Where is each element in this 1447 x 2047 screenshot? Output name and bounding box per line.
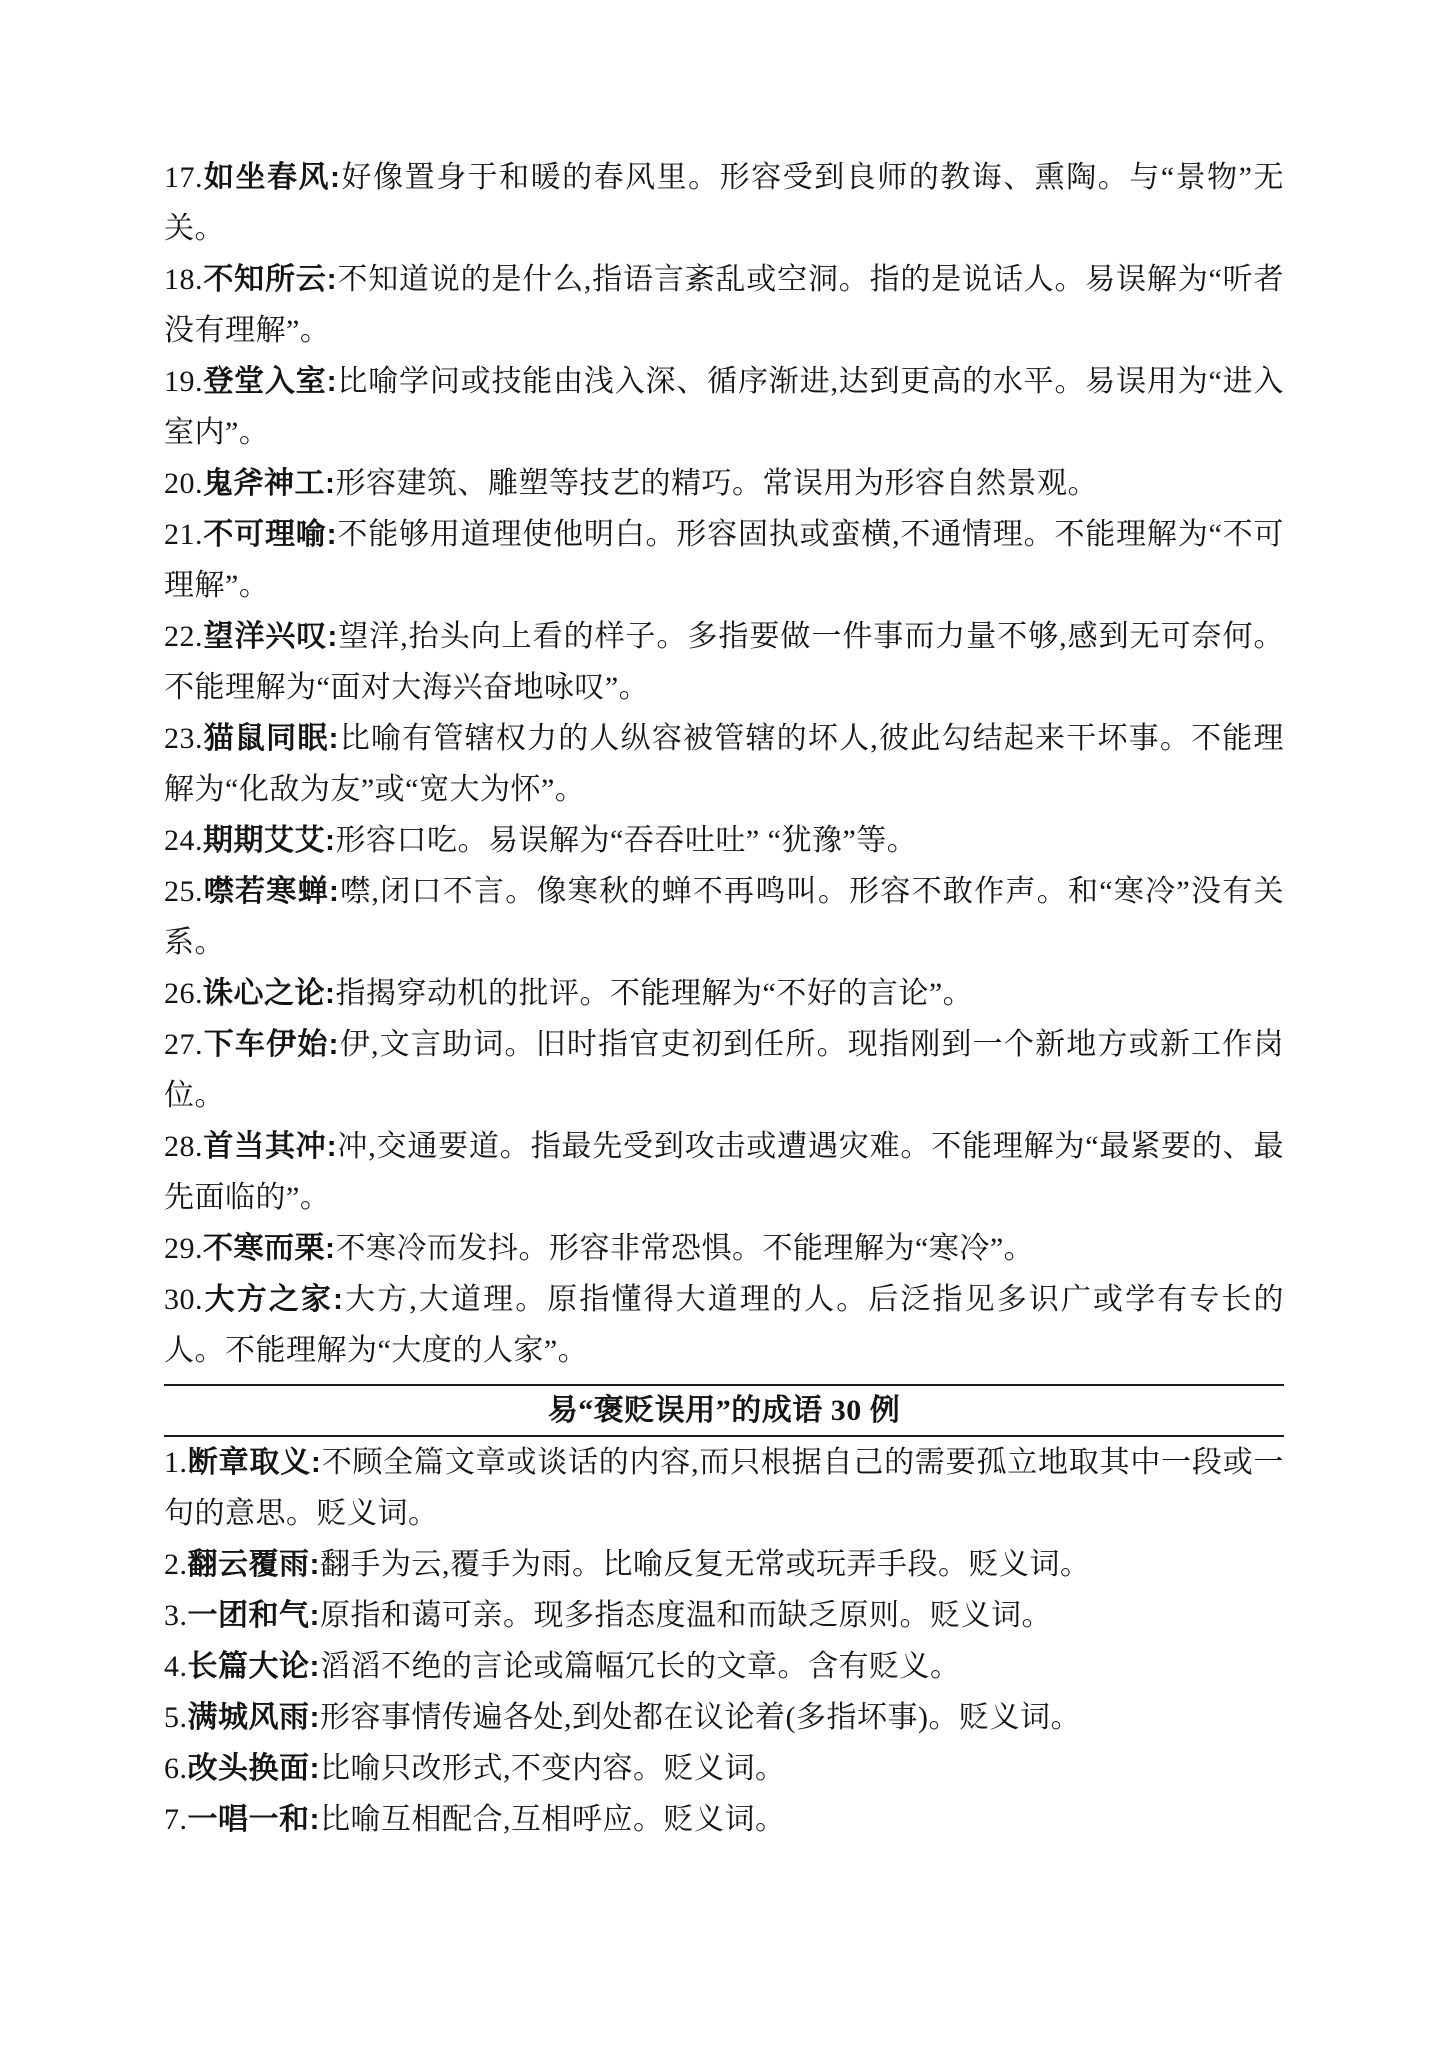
entry-term: 不可理喻: <box>203 518 337 551</box>
entry-term: 鬼斧神工: <box>203 467 336 500</box>
entry-number: 30. <box>164 1283 203 1316</box>
idiom-entry-17: 17.如坐春风:好像置身于和暖的春风里。形容受到良师的教诲、熏陶。与“景物”无关… <box>164 152 1284 254</box>
idiom-entry-24: 24.期期艾艾:形容口吃。易误解为“吞吞吐吐” “犹豫”等。 <box>164 815 1284 866</box>
entry-term: 断章取义: <box>188 1446 322 1479</box>
entry-term: 如坐春风: <box>203 161 341 194</box>
entry-term: 期期艾艾: <box>203 824 336 857</box>
entry-number: 28. <box>164 1130 203 1163</box>
entry-term: 满城风雨: <box>188 1701 321 1734</box>
entry-term: 诛心之论: <box>203 977 336 1010</box>
entry-definition: 原指和蔼可亲。现多指态度温和而缺乏原则。贬义词。 <box>320 1599 1052 1632</box>
entry-term: 猫鼠同眠: <box>203 722 339 755</box>
entry-number: 6. <box>164 1752 188 1785</box>
entry-term: 翻云覆雨: <box>188 1548 321 1581</box>
idiom-entry-s2-2: 2.翻云覆雨:翻手为云,覆手为雨。比喻反复无常或玩弄手段。贬义词。 <box>164 1539 1284 1590</box>
entry-number: 5. <box>164 1701 188 1734</box>
entry-term: 改头换面: <box>188 1752 321 1785</box>
entry-term: 不知所云: <box>203 263 337 296</box>
entry-number: 1. <box>164 1446 188 1479</box>
entry-definition: 形容事情传遍各处,到处都在议论着(多指坏事)。贬义词。 <box>320 1701 1081 1734</box>
entry-definition: 滔滔不绝的言论或篇幅冗长的文章。含有贬义。 <box>320 1650 961 1683</box>
idiom-entry-s2-3: 3.一团和气:原指和蔼可亲。现多指态度温和而缺乏原则。贬义词。 <box>164 1590 1284 1641</box>
entry-definition: 比喻只改形式,不变内容。贬义词。 <box>320 1752 786 1785</box>
idiom-entry-s2-5: 5.满城风雨:形容事情传遍各处,到处都在议论着(多指坏事)。贬义词。 <box>164 1692 1284 1743</box>
idiom-entry-s2-7: 7.一唱一和:比喻互相配合,互相呼应。贬义词。 <box>164 1794 1284 1845</box>
idiom-entry-25: 25.噤若寒蝉:噤,闭口不言。像寒秋的蝉不再鸣叫。形容不敢作声。和“寒冷”没有关… <box>164 866 1284 968</box>
entry-term: 下车伊始: <box>203 1028 339 1061</box>
entry-number: 7. <box>164 1803 188 1836</box>
entry-number: 21. <box>164 518 203 551</box>
entry-term: 不寒而栗: <box>203 1232 336 1265</box>
entry-number: 17. <box>164 161 203 194</box>
idiom-entry-20: 20.鬼斧神工:形容建筑、雕塑等技艺的精巧。常误用为形容自然景观。 <box>164 458 1284 509</box>
entry-number: 20. <box>164 467 203 500</box>
entry-definition: 形容口吃。易误解为“吞吞吐吐” “犹豫”等。 <box>336 824 918 857</box>
entry-number: 25. <box>164 875 203 908</box>
entry-definition: 翻手为云,覆手为雨。比喻反复无常或玩弄手段。贬义词。 <box>320 1548 1091 1581</box>
entry-number: 19. <box>164 365 203 398</box>
idiom-entry-21: 21.不可理喻:不能够用道理使他明白。形容固执或蛮横,不通情理。不能理解为“不可… <box>164 509 1284 611</box>
document-page: 17.如坐春风:好像置身于和暖的春风里。形容受到良师的教诲、熏陶。与“景物”无关… <box>0 0 1447 1845</box>
section-heading-baobian-wuyong: 易“褒贬误用”的成语 30 例 <box>164 1384 1284 1437</box>
idiom-entry-28: 28.首当其冲:冲,交通要道。指最先受到攻击或遭遇灾难。不能理解为“最紧要的、最… <box>164 1121 1284 1223</box>
idiom-entry-26: 26.诛心之论:指揭穿动机的批评。不能理解为“不好的言论”。 <box>164 968 1284 1019</box>
idiom-entry-s2-1: 1.断章取义:不顾全篇文章或谈话的内容,而只根据自己的需要孤立地取其中一段或一句… <box>164 1437 1284 1539</box>
entry-term: 噤若寒蝉: <box>203 875 339 908</box>
idiom-entry-19: 19.登堂入室:比喻学问或技能由浅入深、循序渐进,达到更高的水平。易误用为“进入… <box>164 356 1284 458</box>
entry-number: 22. <box>164 620 203 653</box>
entry-number: 2. <box>164 1548 188 1581</box>
idiom-entry-s2-6: 6.改头换面:比喻只改形式,不变内容。贬义词。 <box>164 1743 1284 1794</box>
entry-term: 望洋兴叹: <box>203 620 338 653</box>
idiom-entry-27: 27.下车伊始:伊,文言助词。旧时指官吏初到任所。现指刚到一个新地方或新工作岗位… <box>164 1019 1284 1121</box>
idiom-entry-29: 29.不寒而栗:不寒冷而发抖。形容非常恐惧。不能理解为“寒冷”。 <box>164 1223 1284 1274</box>
entry-number: 27. <box>164 1028 203 1061</box>
entry-definition: 指揭穿动机的批评。不能理解为“不好的言论”。 <box>336 977 974 1010</box>
entry-term: 一团和气: <box>188 1599 321 1632</box>
entry-term: 一唱一和: <box>188 1803 321 1836</box>
idiom-entry-22: 22.望洋兴叹:望洋,抬头向上看的样子。多指要做一件事而力量不够,感到无可奈何。… <box>164 611 1284 713</box>
entry-number: 4. <box>164 1650 188 1683</box>
entry-number: 3. <box>164 1599 188 1632</box>
entry-definition: 形容建筑、雕塑等技艺的精巧。常误用为形容自然景观。 <box>336 467 1099 500</box>
idiom-entry-s2-4: 4.长篇大论:滔滔不绝的言论或篇幅冗长的文章。含有贬义。 <box>164 1641 1284 1692</box>
entry-term: 首当其冲: <box>203 1130 337 1163</box>
entry-definition: 不顾全篇文章或谈话的内容,而只根据自己的需要孤立地取其中一段或一句的意思。贬义词… <box>164 1446 1284 1530</box>
entry-term: 登堂入室: <box>203 365 337 398</box>
entry-definition: 比喻互相配合,互相呼应。贬义词。 <box>320 1803 786 1836</box>
entry-number: 24. <box>164 824 203 857</box>
entry-term: 长篇大论: <box>188 1650 321 1683</box>
entry-term: 大方之家: <box>203 1283 344 1316</box>
entry-number: 23. <box>164 722 203 755</box>
entry-number: 29. <box>164 1232 203 1265</box>
idiom-entry-18: 18.不知所云:不知道说的是什么,指语言紊乱或空洞。指的是说话人。易误解为“听者… <box>164 254 1284 356</box>
idiom-entry-30: 30.大方之家:大方,大道理。原指懂得大道理的人。后泛指见多识广或学有专长的人。… <box>164 1274 1284 1376</box>
idiom-entry-23: 23.猫鼠同眠:比喻有管辖权力的人纵容被管辖的坏人,彼此勾结起来干坏事。不能理解… <box>164 713 1284 815</box>
entry-number: 18. <box>164 263 203 296</box>
entry-number: 26. <box>164 977 203 1010</box>
entry-definition: 不寒冷而发抖。形容非常恐惧。不能理解为“寒冷”。 <box>336 1232 1035 1265</box>
